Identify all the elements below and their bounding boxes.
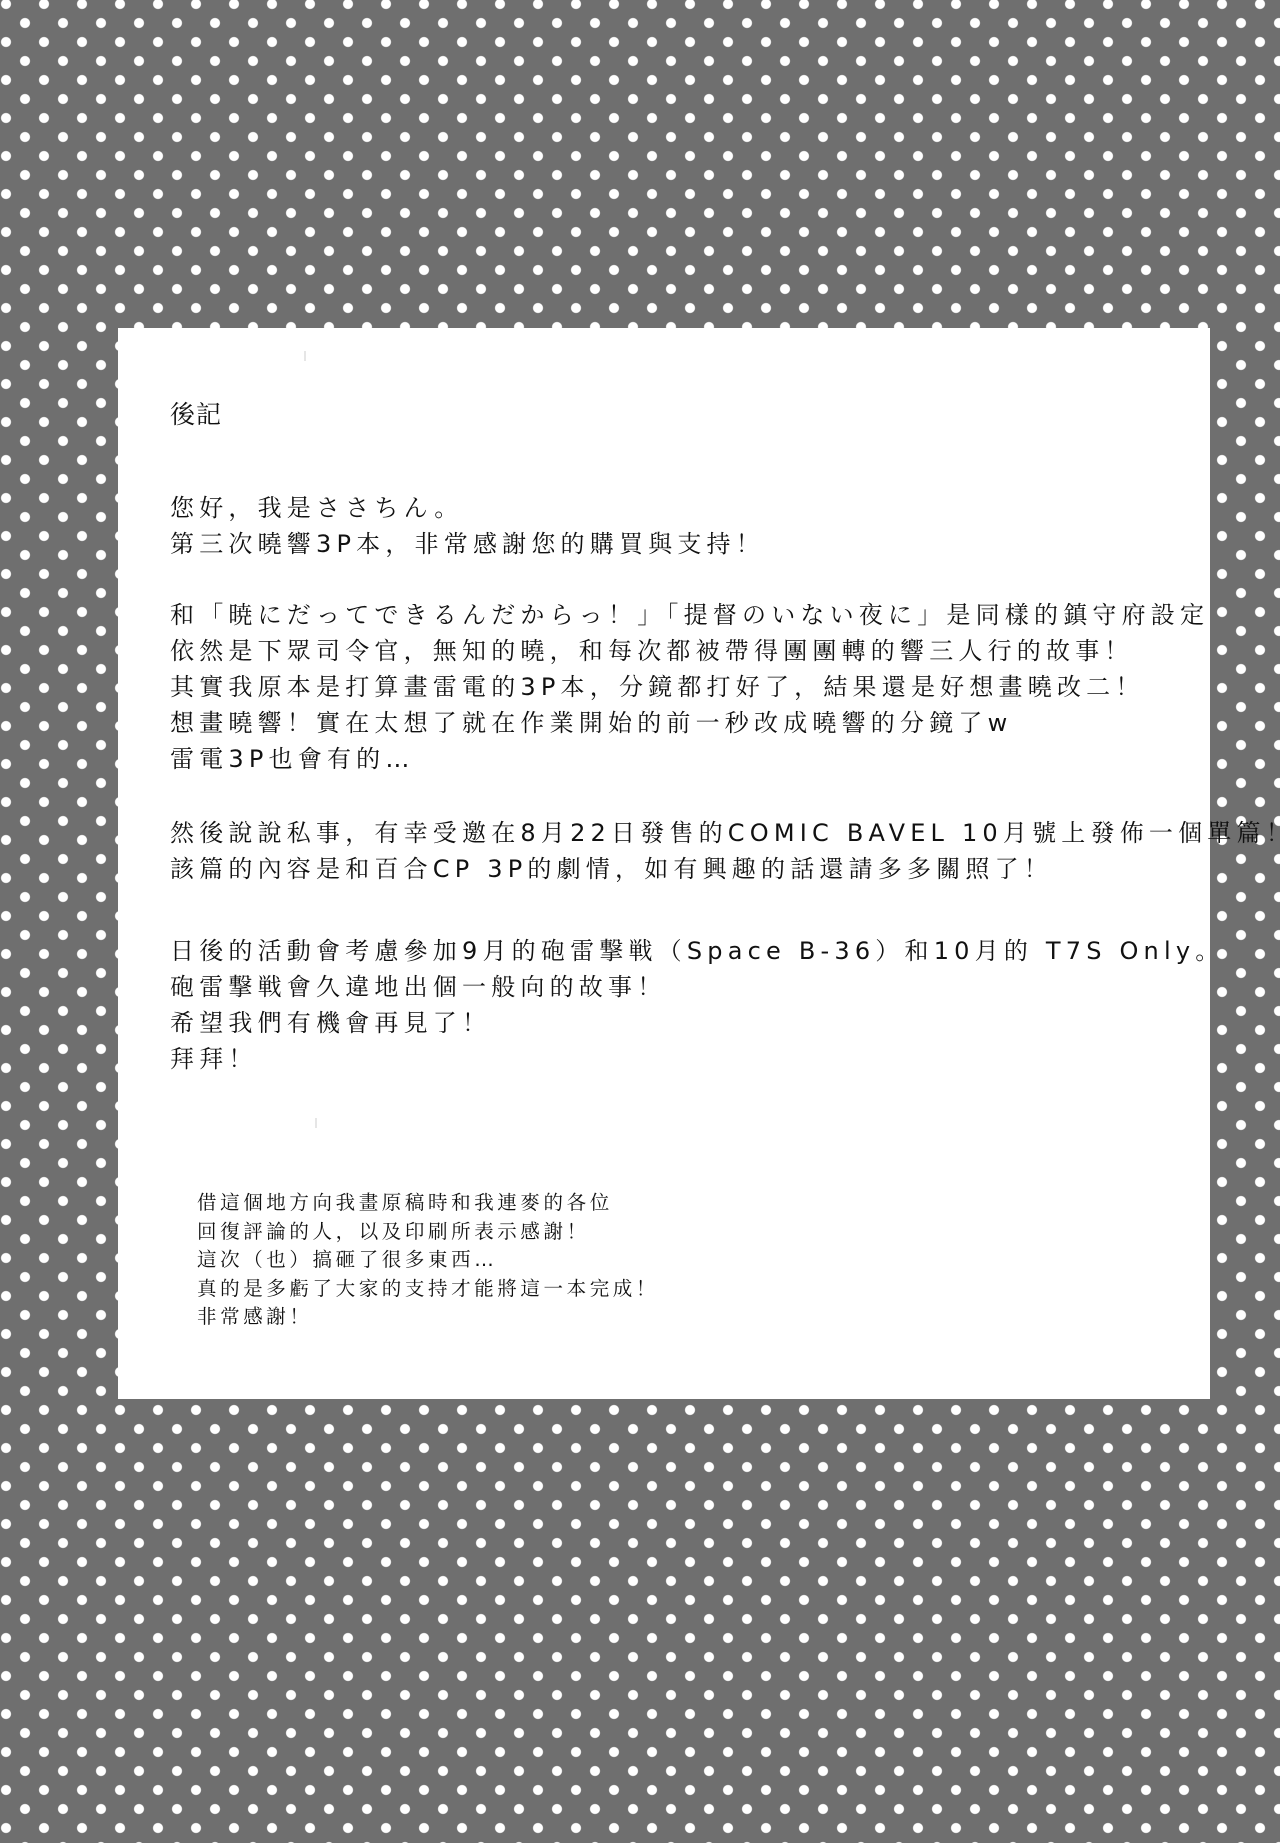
story-paragraph: 和「暁にだってできるんだからっ！」「提督のいない夜に」是同樣的鎮守府設定 依然是… (170, 597, 1209, 777)
text-line: 日後的活動會考慮參加9月的砲雷撃戦（Space B-36）和10月的 T7S O… (170, 933, 1224, 969)
text-line: 非常感謝！ (197, 1303, 659, 1332)
text-line: 拜拜！ (170, 1041, 1224, 1077)
afterword-panel: 後記 您好，我是ささちん。 第三次曉響3P本，非常感謝您的購買與支持！ 和「暁に… (118, 328, 1210, 1399)
afterword-title: 後記 (170, 400, 222, 430)
text-line: 這次（也）搞砸了很多東西… (197, 1246, 659, 1275)
text-line: 該篇的內容是和百合CP 3P的劇情，如有興趣的話還請多多關照了！ (170, 851, 1280, 887)
scan-artifact (315, 1118, 317, 1128)
text-line: 您好，我是ささちん。 (170, 490, 765, 526)
text-line: 雷電3P也會有的… (170, 741, 1209, 777)
text-line: 其實我原本是打算畫雷電的3P本，分鏡都打好了，結果還是好想畫曉改二！ (170, 669, 1209, 705)
text-line: 借這個地方向我畫原稿時和我連麥的各位 (197, 1189, 659, 1218)
announcement-paragraph: 然後說說私事，有幸受邀在8月22日發售的COMIC BAVEL 10月號上發佈一… (170, 815, 1280, 887)
text-line: 砲雷撃戦會久違地出個一般向的故事！ (170, 969, 1224, 1005)
text-line: 想畫曉響！實在太想了就在作業開始的前一秒改成曉響的分鏡了w (170, 705, 1209, 741)
text-line: 第三次曉響3P本，非常感謝您的購買與支持！ (170, 526, 765, 562)
text-line: 回復評論的人，以及印刷所表示感謝！ (197, 1218, 659, 1247)
acknowledgements-block: 借這個地方向我畫原稿時和我連麥的各位 回復評論的人，以及印刷所表示感謝！ 這次（… (197, 1189, 659, 1332)
scan-artifact (304, 351, 306, 361)
text-line: 依然是下眾司令官，無知的曉，和每次都被帶得團團轉的響三人行的故事！ (170, 633, 1209, 669)
text-line: 然後說說私事，有幸受邀在8月22日發售的COMIC BAVEL 10月號上發佈一… (170, 815, 1280, 851)
events-paragraph: 日後的活動會考慮參加9月的砲雷撃戦（Space B-36）和10月的 T7S O… (170, 933, 1224, 1077)
text-line: 希望我們有機會再見了！ (170, 1005, 1224, 1041)
text-line: 真的是多虧了大家的支持才能將這一本完成！ (197, 1275, 659, 1304)
greeting-paragraph: 您好，我是ささちん。 第三次曉響3P本，非常感謝您的購買與支持！ (170, 490, 765, 562)
text-line: 和「暁にだってできるんだからっ！」「提督のいない夜に」是同樣的鎮守府設定 (170, 597, 1209, 633)
